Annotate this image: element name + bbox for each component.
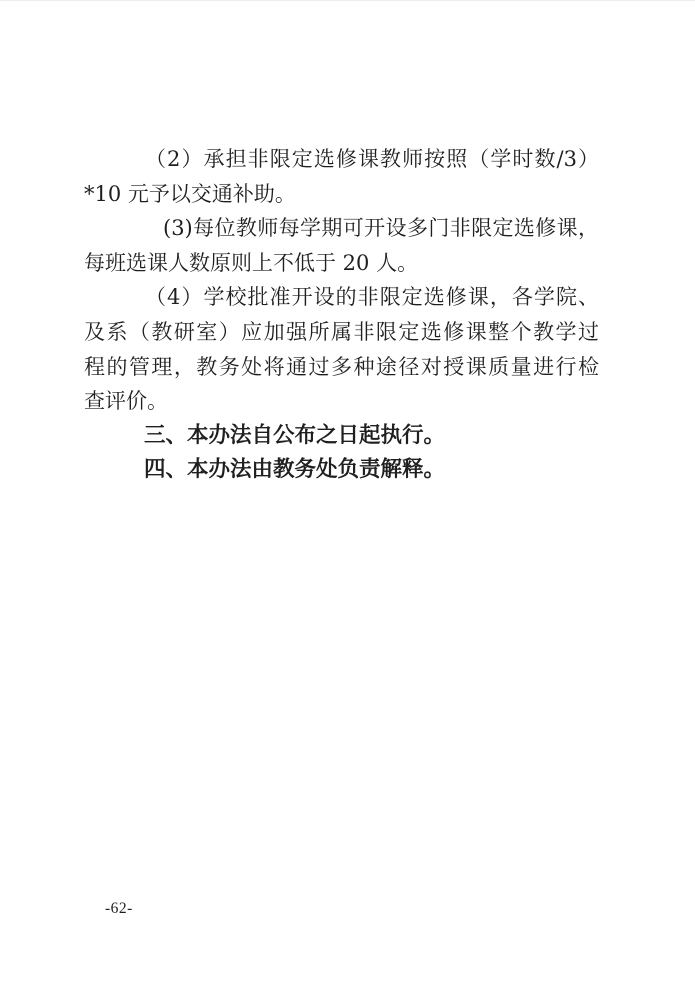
paragraph-item-3: (3)每位教师每学期可开设多门非限定选修课， 每班选课人数原则上不低于 20 人…: [84, 211, 599, 280]
text-line: 查评价。: [84, 384, 599, 419]
clause-line: 四、本办法由教务处负责解释。: [84, 453, 599, 488]
text-line: 及系（教研室）应加强所属非限定选修课整个教学过: [84, 315, 599, 350]
text-line: 程的管理，教务处将通过多种途径对授课质量进行检: [84, 350, 599, 385]
paragraph-item-2: （2）承担非限定选修课教师按照（学时数/3） *10 元予以交通补助。: [84, 142, 599, 211]
document-body: （2）承担非限定选修课教师按照（学时数/3） *10 元予以交通补助。 (3)每…: [84, 142, 599, 488]
page-number: -62-: [105, 900, 133, 918]
text-line: 每班选课人数原则上不低于 20 人。: [84, 246, 599, 281]
text-line: *10 元予以交通补助。: [84, 177, 599, 212]
paragraph-item-4: （4）学校批准开设的非限定选修课，各学院、部 及系（教研室）应加强所属非限定选修…: [84, 280, 599, 418]
clause-line: 三、本办法自公布之日起执行。: [84, 419, 599, 454]
document-page: （2）承担非限定选修课教师按照（学时数/3） *10 元予以交通补助。 (3)每…: [0, 0, 695, 983]
text-line: （4）学校批准开设的非限定选修课，各学院、部: [84, 280, 599, 315]
text-line: （2）承担非限定选修课教师按照（学时数/3）: [84, 142, 599, 177]
paragraph-clause-4: 四、本办法由教务处负责解释。: [84, 453, 599, 488]
paragraph-clause-3: 三、本办法自公布之日起执行。: [84, 419, 599, 454]
text-line: (3)每位教师每学期可开设多门非限定选修课，: [84, 211, 599, 246]
